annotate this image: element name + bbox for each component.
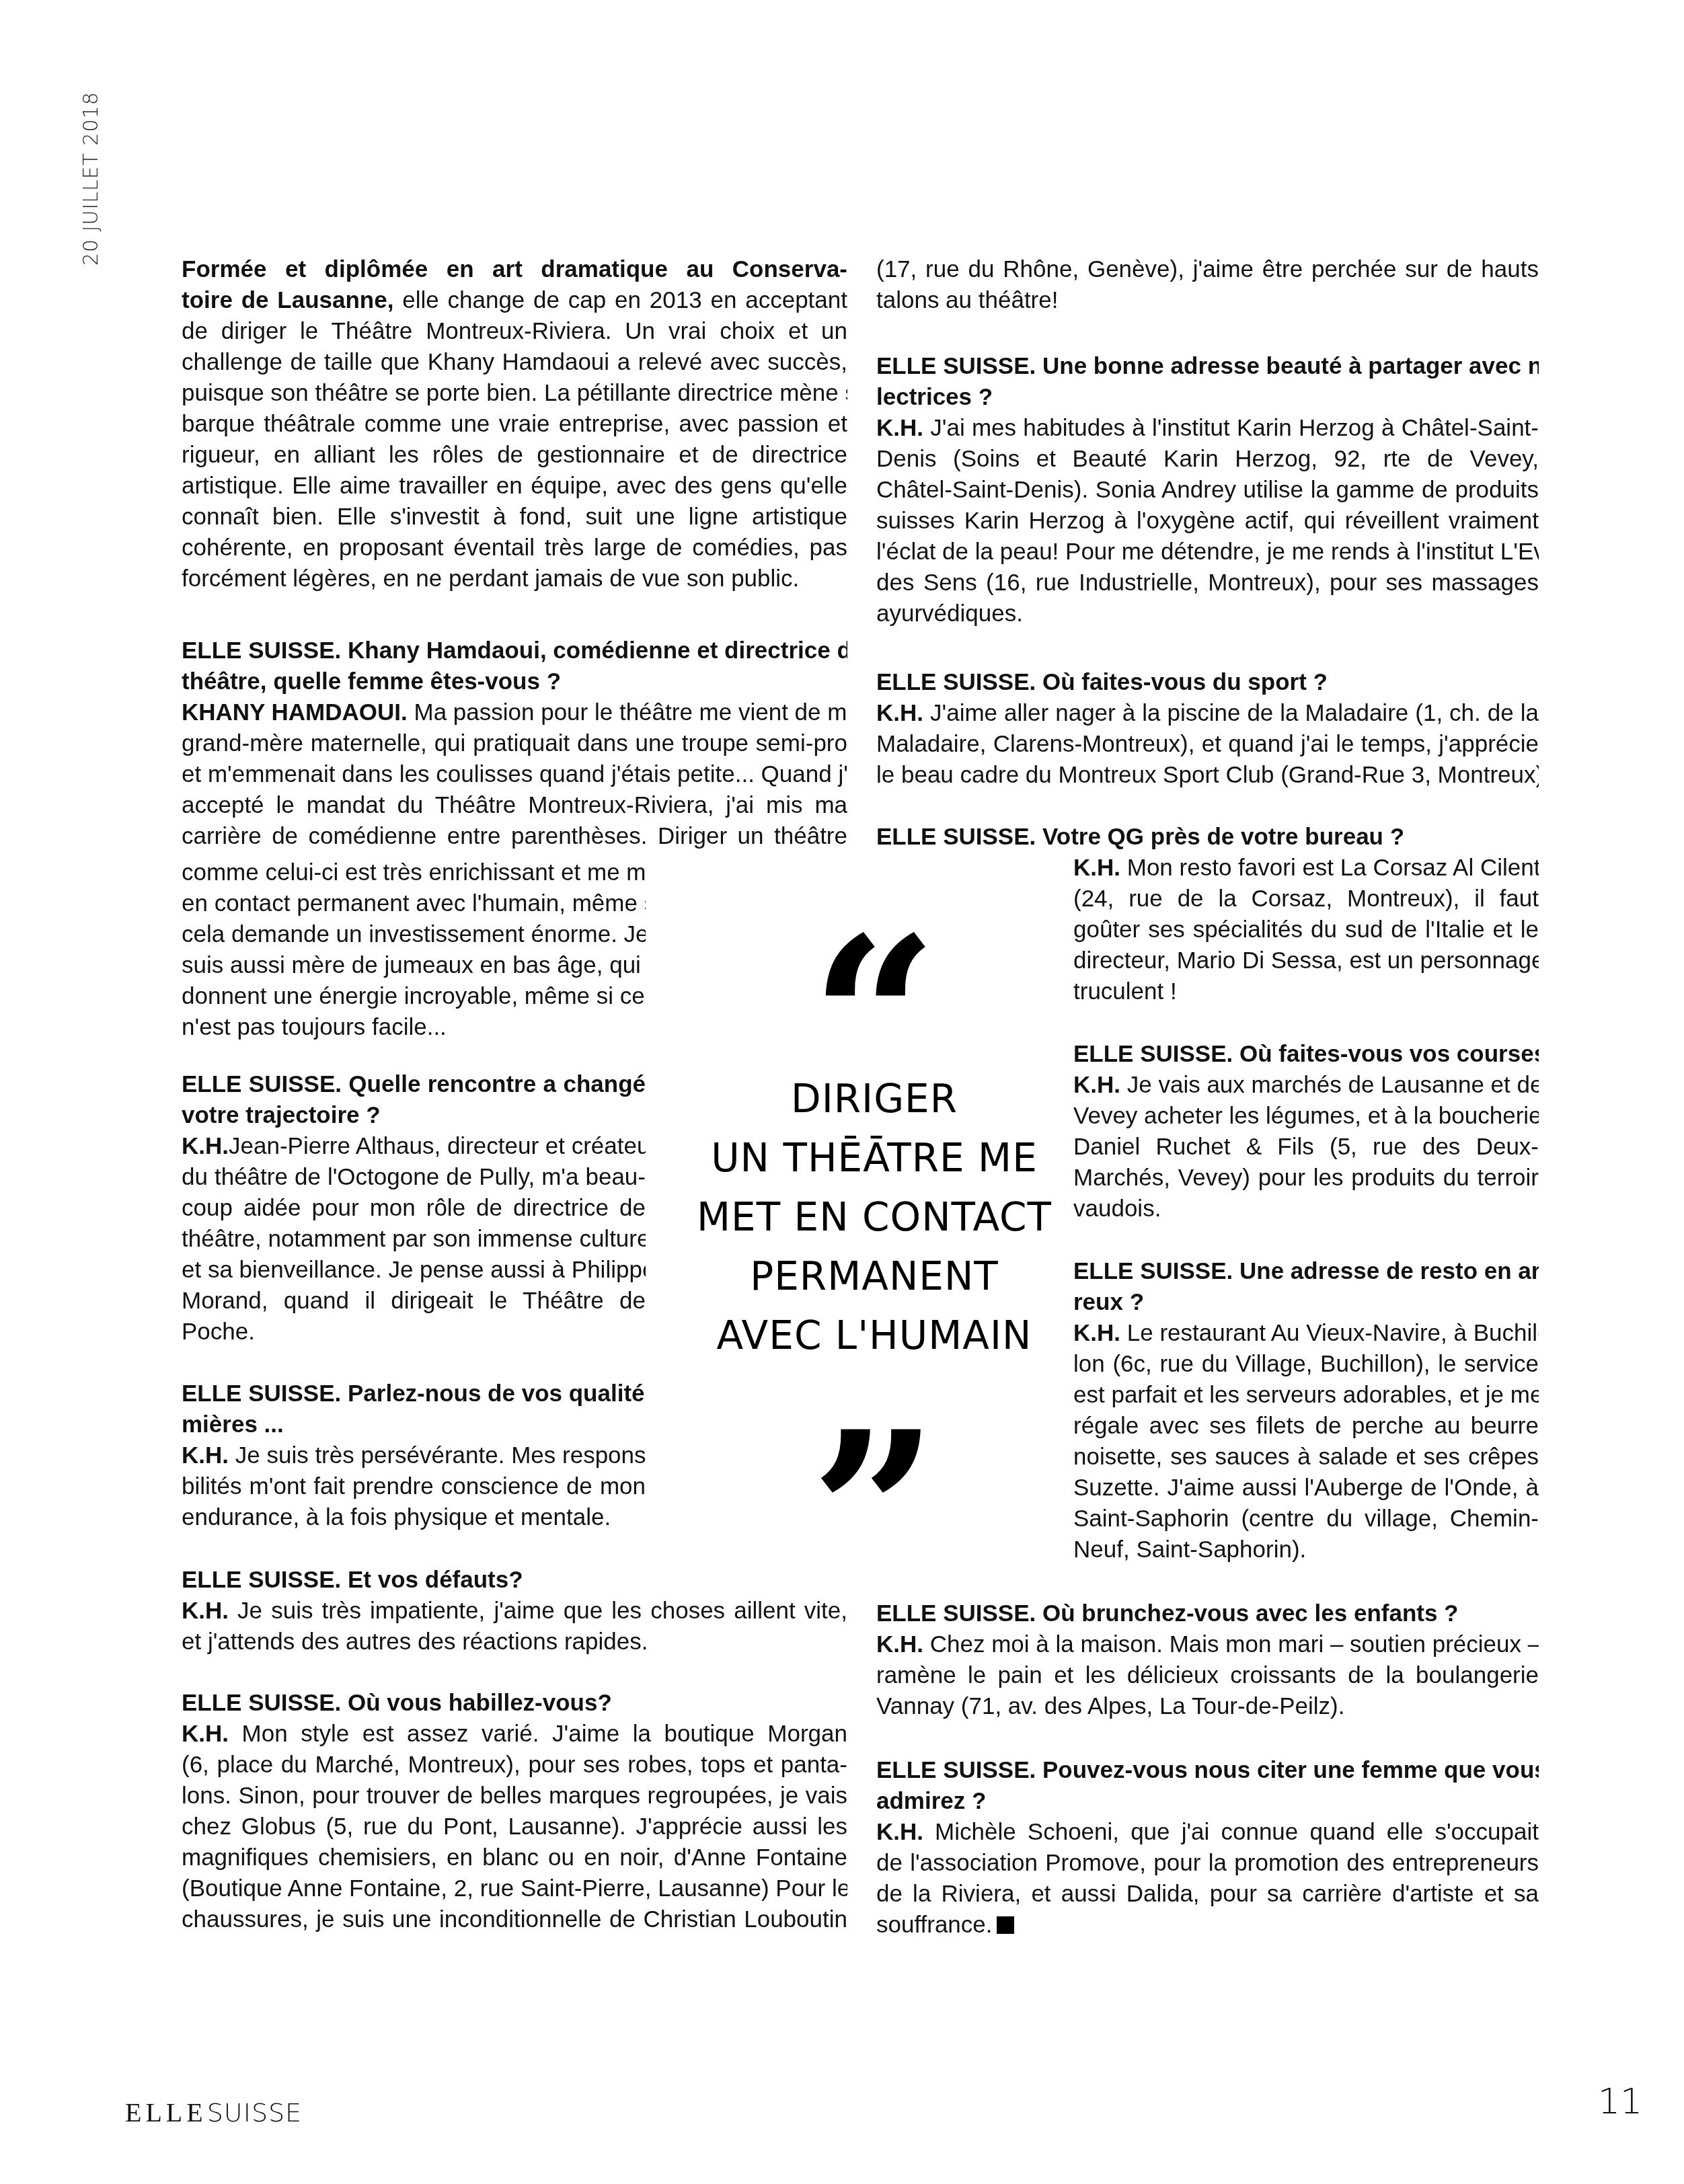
answer-line: Vevey acheter les légumes, et à la bouch… xyxy=(1073,1101,1539,1132)
answer-line: cela demande un investissement énorme. J… xyxy=(182,919,646,950)
answer-line: K.H. Le restaurant Au Vieux-Navire, à Bu… xyxy=(1073,1318,1539,1349)
qa-block: ELLE SUISSE. Où faites-vous du sport ? K… xyxy=(876,667,1539,791)
answer-line: et sa bienveillance. Je pense aussi à Ph… xyxy=(182,1255,646,1286)
answer-line: suisses Karin Herzog à l'oxygène actif, … xyxy=(876,506,1539,537)
speaker-label: K.H. xyxy=(182,1598,229,1624)
question-line: admirez ? xyxy=(876,1786,1539,1817)
question-line: lectrices ? xyxy=(876,382,1539,413)
answer-line: vaudois. xyxy=(1073,1194,1539,1224)
close-quote-icon: ” xyxy=(686,1402,1063,1624)
speaker-label: KHANY HAMDAOUI. xyxy=(182,699,408,726)
question-line: ELLE SUISSE. Parlez-nous de vos qualités… xyxy=(182,1378,646,1409)
intro-line: connaît bien. Elle s'investit à fond, su… xyxy=(182,502,847,533)
speaker-label: K.H. xyxy=(182,1721,229,1747)
qa-block: ELLE SUISSE. Une adresse de resto en amo… xyxy=(1073,1256,1539,1565)
answer-line: Saint-Saphorin (centre du village, Chemi… xyxy=(1073,1504,1539,1534)
qa-block: ELLE SUISSE. Quelle rencontre a changé v… xyxy=(182,1069,646,1348)
answer-line: noisette, ses sauces à salade et ses crê… xyxy=(1073,1442,1539,1473)
answer-line: directeur, Mario Di Sessa, est un person… xyxy=(1073,945,1539,976)
answer-line: K.H. Michèle Schoeni, que j'ai connue qu… xyxy=(876,1817,1539,1848)
answer-line: magnifiques chemisiers, en blanc ou en n… xyxy=(182,1842,847,1873)
speaker-label: K.H. xyxy=(1073,1320,1120,1346)
answer-line: K.H. Mon style est assez varié. J'aime l… xyxy=(182,1719,847,1750)
issue-date: 20 JUILLET 2018 xyxy=(79,91,103,266)
answer-line: lons. Sinon, pour trouver de belles marq… xyxy=(182,1781,847,1811)
question-line: reux ? xyxy=(1073,1287,1539,1318)
answer-line: (6, place du Marché, Montreux), pour ses… xyxy=(182,1750,847,1781)
answer-line: Maladaire, Clarens-Montreux), et quand j… xyxy=(876,729,1539,760)
answer-line: chez Globus (5, rue du Pont, Lausanne). … xyxy=(182,1811,847,1842)
question-line: ELLE SUISSE. Où faites-vous vos courses … xyxy=(1073,1039,1539,1070)
answer-line: chaussures, je suis une inconditionnelle… xyxy=(182,1904,847,1935)
answer-line: Suzette. J'aime aussi l'Auberge de l'Ond… xyxy=(1073,1473,1539,1504)
speaker-label: K.H. xyxy=(1073,1072,1120,1098)
answer-line: (24, rue de la Corsaz, Montreux), il fau… xyxy=(1073,884,1539,914)
intro-line: barque théâtrale comme une vraie entrepr… xyxy=(182,409,847,440)
answer-line: endurance, à la fois physique et mentale… xyxy=(182,1502,646,1533)
answer-line: K.H. Je suis très persévérante. Mes resp… xyxy=(182,1440,646,1471)
end-of-article-icon xyxy=(997,1916,1014,1934)
intro-line: cohérente, en proposant éventail très la… xyxy=(182,533,847,563)
answer-line: Daniel Ruchet & Fils (5, rue des Deux- xyxy=(1073,1132,1539,1163)
answer-line: suis aussi mère de jumeaux en bas âge, q… xyxy=(182,950,646,981)
speaker-label: K.H. xyxy=(876,700,923,726)
answer-line: K.H. Je vais aux marchés de Lausanne et … xyxy=(1073,1070,1539,1101)
pull-quote-line: UN THĒĀTRE ME xyxy=(686,1128,1063,1187)
answer-line: comme celui-ci est très enrichissant et … xyxy=(182,857,646,888)
qa-block: ELLE SUISSE. Où vous habillez-vous? K.H.… xyxy=(182,1688,847,1935)
answer-line: en contact permanent avec l'humain, même… xyxy=(182,888,646,919)
qa-block: ELLE SUISSE. Une bonne adresse beauté à … xyxy=(876,351,1539,629)
question-line: ELLE SUISSE. Où vous habillez-vous? xyxy=(182,1688,847,1719)
question-line: ELLE SUISSE. Où faites-vous du sport ? xyxy=(876,667,1539,698)
answer-line: K.H. Chez moi à la maison. Mais mon mari… xyxy=(876,1629,1539,1660)
qa-block: ELLE SUISSE. Où faites-vous vos courses … xyxy=(1073,1039,1539,1224)
answer-line: truculent ! xyxy=(1073,976,1539,1007)
speaker-label: K.H. xyxy=(182,1442,229,1469)
answer-line: l'éclat de la peau! Pour me détendre, je… xyxy=(876,537,1539,568)
intro-paragraph: Formée et diplômée en art dramatique au … xyxy=(182,254,847,594)
intro-line: artistique. Elle aime travailler en équi… xyxy=(182,471,847,502)
question-line: ELLE SUISSE. Quelle rencontre a changé xyxy=(182,1069,646,1100)
intro-line: forcément légères, en ne perdant jamais … xyxy=(182,563,847,594)
answer-line: Marchés, Vevey) pour les produits du ter… xyxy=(1073,1163,1539,1194)
elle-suisse-logo: ELLESUISSE xyxy=(125,2097,302,2128)
answer-line: et m'emmenait dans les coulisses quand j… xyxy=(182,759,847,790)
speaker-label: K.H. xyxy=(876,1819,923,1845)
answer-line: K.H.Jean-Pierre Althaus, directeur et cr… xyxy=(182,1131,646,1162)
answer-line: de la Riviera, et aussi Dalida, pour sa … xyxy=(876,1879,1539,1910)
answer-line: goûter ses spécialités du sud de l'Itali… xyxy=(1073,914,1539,945)
answer-line: coup aidée pour mon rôle de directrice d… xyxy=(182,1193,646,1224)
qa-block: ELLE SUISSE. Khany Hamdaoui, comédienne … xyxy=(182,635,847,852)
qa-block-narrow: comme celui-ci est très enrichissant et … xyxy=(182,857,646,1043)
intro-line: puisque son théâtre se porte bien. La pé… xyxy=(182,378,847,409)
answer-line: ayurvédiques. xyxy=(876,598,1539,629)
answer-line: Neuf, Saint-Saphorin). xyxy=(1073,1534,1539,1565)
answer-line: Denis (Soins et Beauté Karin Herzog, 92,… xyxy=(876,444,1539,475)
answer-line: accepté le mandat du Théâtre Montreux-Ri… xyxy=(182,790,847,821)
magazine-page: 20 JUILLET 2018 Formée et diplômée en ar… xyxy=(0,0,1684,2184)
answer-line: le beau cadre du Montreux Sport Club (Gr… xyxy=(876,760,1539,791)
answer-line: K.H. Mon resto favori est La Corsaz Al C… xyxy=(1073,853,1539,884)
answer-line: régale avec ses filets de perche au beur… xyxy=(1073,1411,1539,1442)
speaker-label: K.H. xyxy=(1073,855,1120,881)
qa-block-narrow: K.H. Mon resto favori est La Corsaz Al C… xyxy=(1073,853,1539,1007)
page-number: 11 xyxy=(1598,2082,1642,2122)
qa-block: ELLE SUISSE. Votre QG près de votre bure… xyxy=(876,822,1539,853)
answer-line: du théâtre de l'Octogone de Pully, m'a b… xyxy=(182,1162,646,1193)
answer-line: est parfait et les serveurs adorables, e… xyxy=(1073,1380,1539,1411)
answer-line: ramène le pain et les délicieux croissan… xyxy=(876,1660,1539,1691)
answer-line: (17, rue du Rhône, Genève), j'aime être … xyxy=(876,254,1539,285)
answer-line: lon (6c, rue du Village, Buchillon), le … xyxy=(1073,1349,1539,1380)
answer-line: des Sens (16, rue Industrielle, Montreux… xyxy=(876,568,1539,598)
answer-line: Morand, quand il dirigeait le Théâtre de xyxy=(182,1286,646,1317)
answer-line: n'est pas toujours facile... xyxy=(182,1012,646,1043)
answer-line: bilités m'ont fait prendre conscience de… xyxy=(182,1471,646,1502)
answer-line: grand-mère maternelle, qui pratiquait da… xyxy=(182,728,847,759)
question-line: ELLE SUISSE. Pouvez-vous nous citer une … xyxy=(876,1755,1539,1786)
answer-line: et j'attends des autres des réactions ra… xyxy=(182,1627,847,1657)
answer-line: Vannay (71, av. des Alpes, La Tour-de-Pe… xyxy=(876,1691,1539,1722)
intro-line: de diriger le Théâtre Montreux-Riviera. … xyxy=(182,316,847,347)
answer-line: talons au théâtre! xyxy=(876,285,1539,316)
question-line: ELLE SUISSE. Khany Hamdaoui, comédienne … xyxy=(182,635,847,666)
answer-line: K.H. J'aime aller nager à la piscine de … xyxy=(876,698,1539,729)
question-line: théâtre, quelle femme êtes-vous ? xyxy=(182,666,847,697)
intro-line: Formée et diplômée en art dramatique au … xyxy=(182,254,847,285)
question-line: votre trajectoire ? xyxy=(182,1100,646,1131)
answer-line: Poche. xyxy=(182,1317,646,1348)
answer-line: Châtel-Saint-Denis). Sonia Andrey utilis… xyxy=(876,475,1539,506)
question-line: mières ... xyxy=(182,1409,646,1440)
pull-quote-line: MET EN CONTACT xyxy=(686,1187,1063,1247)
answer-line: donnent une énergie incroyable, même si … xyxy=(182,981,646,1012)
pull-quote: DIRIGER UN THĒĀTRE ME MET EN CONTACT PER… xyxy=(686,1069,1063,1365)
question-line: ELLE SUISSE. Votre QG près de votre bure… xyxy=(876,822,1539,853)
answer-line: KHANY HAMDAOUI. Ma passion pour le théât… xyxy=(182,697,847,728)
qa-block: ELLE SUISSE. Pouvez-vous nous citer une … xyxy=(876,1755,1539,1941)
pull-quote-line: DIRIGER xyxy=(686,1069,1063,1128)
speaker-label: K.H. xyxy=(876,415,923,441)
intro-line: challenge de taille que Khany Hamdaoui a… xyxy=(182,347,847,378)
speaker-label: K.H. xyxy=(182,1133,229,1159)
intro-line: rigueur, en alliant les rôles de gestion… xyxy=(182,440,847,471)
question-line: ELLE SUISSE. Une adresse de resto en amo… xyxy=(1073,1256,1539,1287)
answer-line: K.H. J'ai mes habitudes à l'institut Kar… xyxy=(876,413,1539,444)
question-line: ELLE SUISSE. Une bonne adresse beauté à … xyxy=(876,351,1539,382)
answer-line: de l'association Promove, pour la promot… xyxy=(876,1848,1539,1879)
answer-line: souffrance. xyxy=(876,1910,1539,1941)
pull-quote-line: AVEC L'HUMAIN xyxy=(686,1306,1063,1365)
pull-quote-line: PERMANENT xyxy=(686,1247,1063,1306)
answer-line: (Boutique Anne Fontaine, 2, rue Saint-Pi… xyxy=(182,1873,847,1904)
intro-line: toire de Lausanne, elle change de cap en… xyxy=(182,285,847,316)
continuation-paragraph: (17, rue du Rhône, Genève), j'aime être … xyxy=(876,254,1539,316)
answer-line: théâtre, notamment par son immense cultu… xyxy=(182,1224,646,1255)
answer-line: carrière de comédienne entre parenthèses… xyxy=(182,821,847,852)
qa-block: ELLE SUISSE. Parlez-nous de vos qualités… xyxy=(182,1378,646,1533)
